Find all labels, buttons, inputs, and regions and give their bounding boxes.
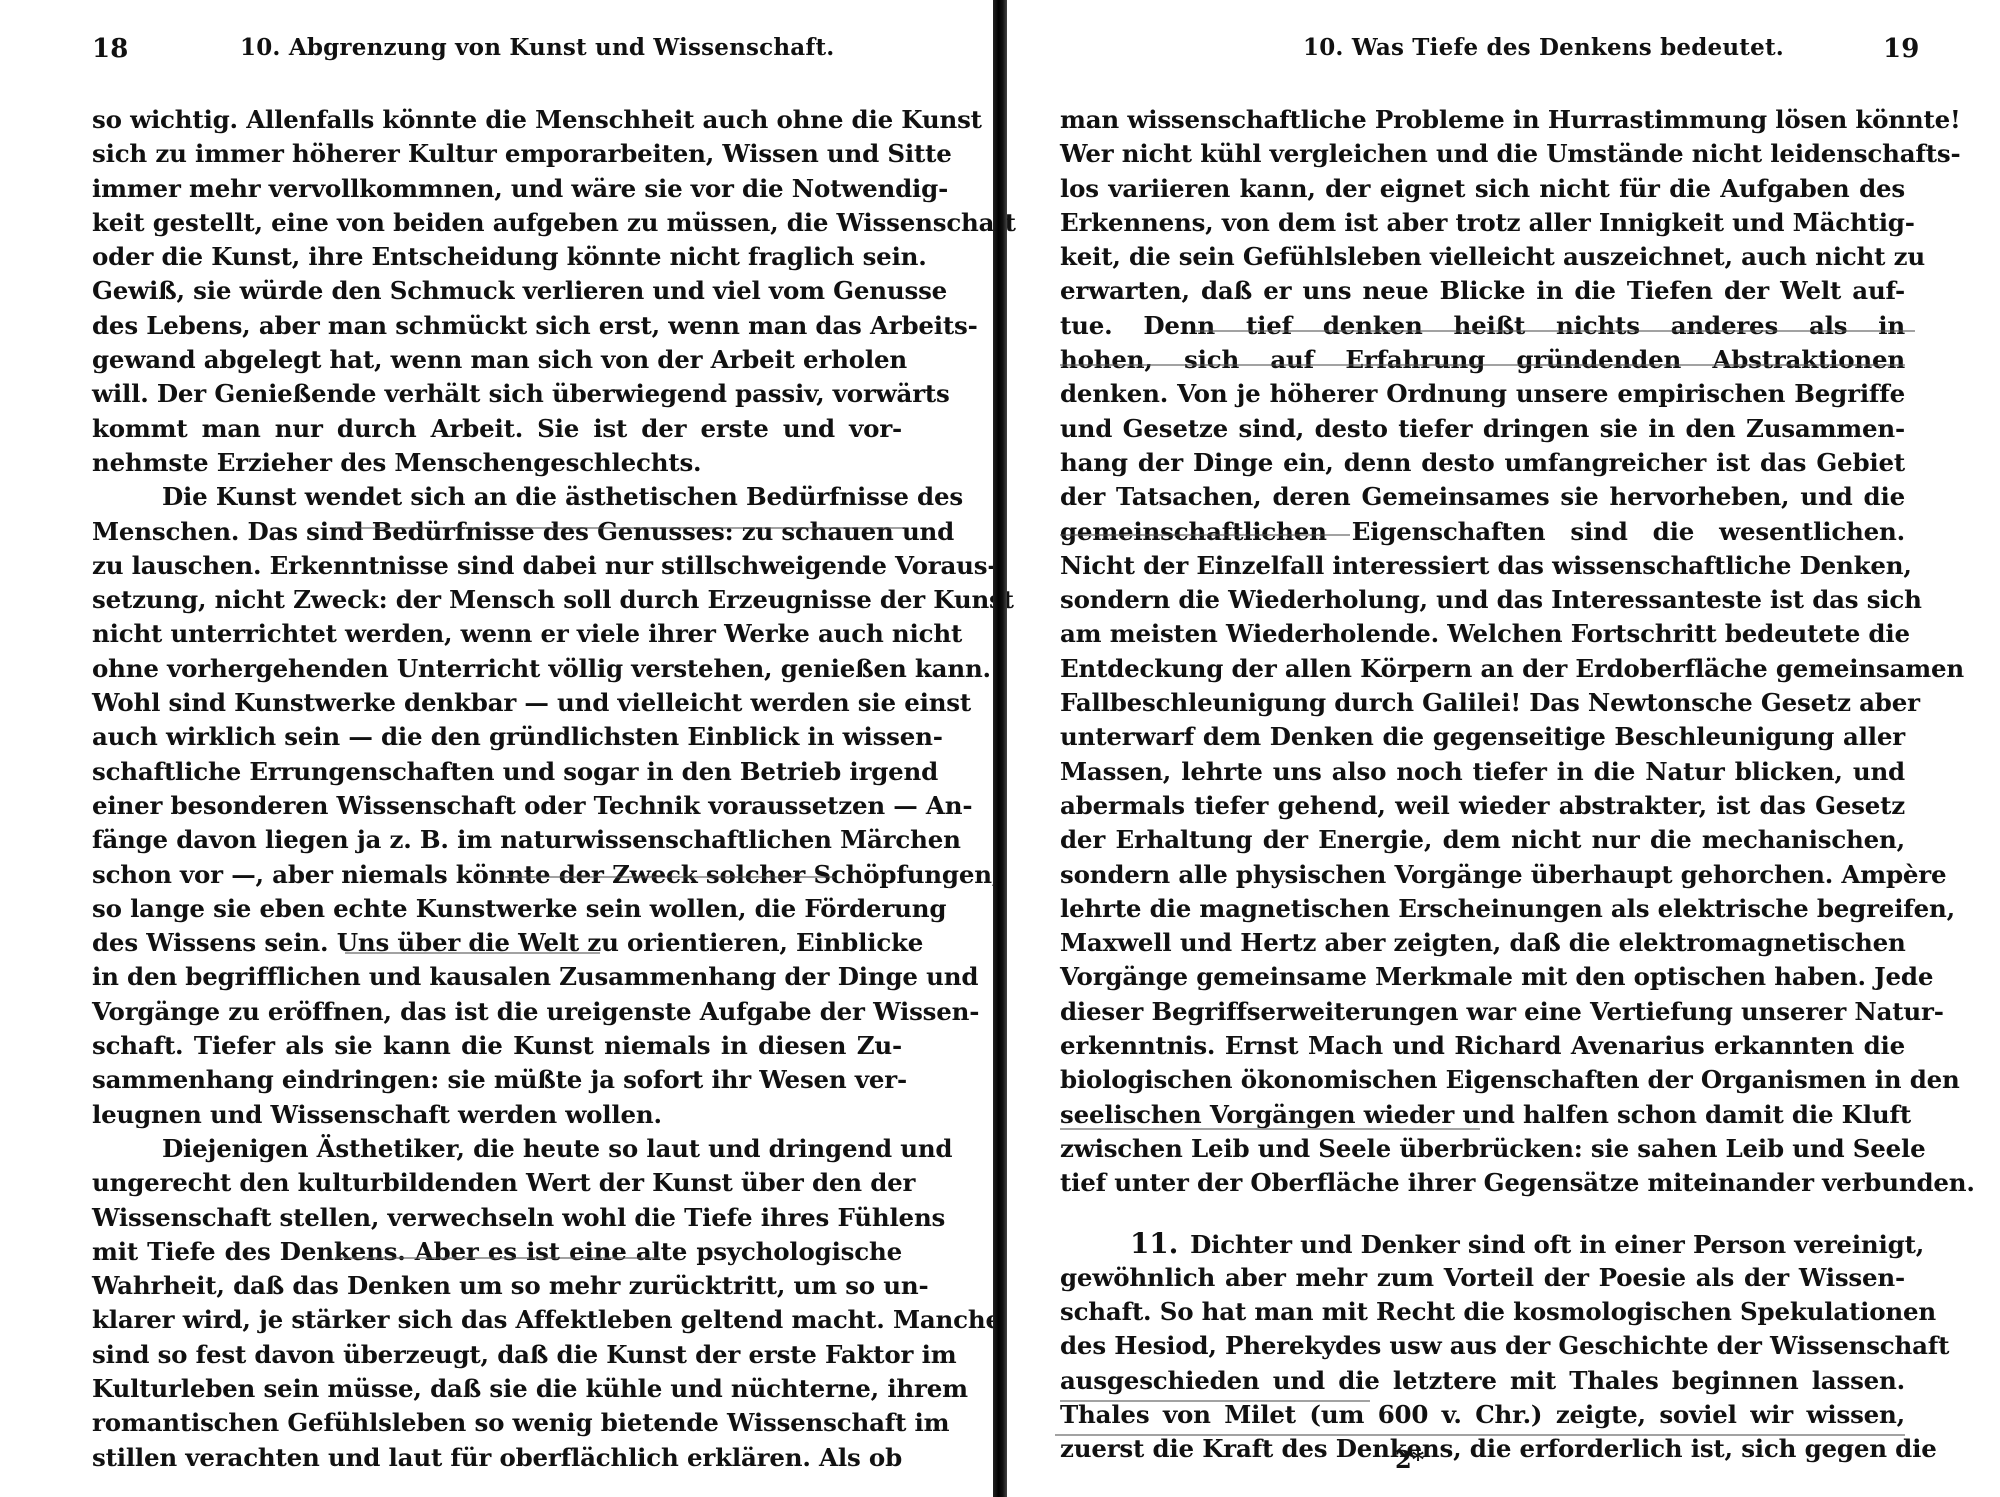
text-line: gewand abgelegt hat, wenn man sich von d… xyxy=(92,343,902,377)
pencil-underline xyxy=(1060,1128,1480,1130)
signature-mark: 2* xyxy=(1395,1445,1424,1474)
text-line: Vorgänge zu eröffnen, das ist die ureige… xyxy=(92,995,902,1029)
text-line: des Lebens, aber man schmückt sich erst,… xyxy=(92,309,902,343)
text-line: sondern alle physischen Vorgänge überhau… xyxy=(1060,858,1905,892)
text-line: Maxwell und Hertz aber zeigten, daß die … xyxy=(1060,926,1905,960)
text-line: nehmste Erzieher des Menschengeschlechts… xyxy=(92,446,902,480)
text-line: hang der Dinge ein, denn desto umfangrei… xyxy=(1060,446,1905,480)
text-line: zwischen Leib und Seele überbrücken: sie… xyxy=(1060,1132,1905,1166)
text-line: des Hesiod, Pherekydes usw aus der Gesch… xyxy=(1060,1329,1905,1363)
body-text: so wichtig. Allenfalls könnte die Mensch… xyxy=(92,103,902,1475)
text-line: immer mehr vervollkommnen, und wäre sie … xyxy=(92,172,902,206)
running-head: 10. Abgrenzung von Kunst und Wissenschaf… xyxy=(240,34,835,61)
running-head: 10. Was Tiefe des Denkens bedeutet. xyxy=(1303,34,1784,61)
text-line: setzung, nicht Zweck: der Mensch soll du… xyxy=(92,583,902,617)
text-line: Menschen. Das sind Bedürfnisse des Genus… xyxy=(92,515,902,549)
text-line: mit Tiefe des Denkens. Aber es ist eine … xyxy=(92,1235,902,1269)
text-line: Thales von Milet (um 600 v. Chr.) zeigte… xyxy=(1060,1398,1905,1432)
text-line: erwarten, daß er uns neue Blicke in die … xyxy=(1060,274,1905,308)
text-line: ungerecht den kulturbildenden Wert der K… xyxy=(92,1166,902,1200)
text-line: los variieren kann, der eignet sich nich… xyxy=(1060,172,1905,206)
section-heading-line: 11.Dichter und Denker sind oft in einer … xyxy=(1060,1227,1905,1261)
text-line: keit gestellt, eine von beiden aufgeben … xyxy=(92,206,902,240)
text-line: Gewiß, sie würde den Schmuck verlieren u… xyxy=(92,274,902,308)
text-line: Vorgänge gemeinsame Merkmale mit den opt… xyxy=(1060,960,1905,994)
text-line: seelischen Vorgängen wieder und halfen s… xyxy=(1060,1098,1905,1132)
text-line: abermals tiefer gehend, weil wieder abst… xyxy=(1060,789,1905,823)
text-line: der Tatsachen, deren Gemeinsames sie her… xyxy=(1060,480,1905,514)
text-line: zu lauschen. Erkenntnisse sind dabei nur… xyxy=(92,549,902,583)
text-line: schaft. Tiefer als sie kann die Kunst ni… xyxy=(92,1029,902,1063)
text-line: Wahrheit, daß das Denken um so mehr zurü… xyxy=(92,1269,902,1303)
text-line: Entdeckung der allen Körpern an der Erdo… xyxy=(1060,652,1905,686)
text-line: fänge davon liegen ja z. B. im naturwiss… xyxy=(92,823,902,857)
text-line: gemeinschaftlichen Eigenschaften sind di… xyxy=(1060,515,1905,549)
body-text: man wissenschaftliche Probleme in Hurras… xyxy=(1060,103,1905,1467)
text-line: Wissenschaft stellen, verwechseln wohl d… xyxy=(92,1201,902,1235)
text-line: zuerst die Kraft des Denkens, die erford… xyxy=(1060,1432,1905,1466)
text-line: stillen verachten und laut für oberfläch… xyxy=(92,1441,902,1475)
text-line: sondern die Wiederholung, und das Intere… xyxy=(1060,583,1905,617)
text-line: Erkennens, von dem ist aber trotz aller … xyxy=(1060,206,1905,240)
text-line: romantischen Gefühlsleben so wenig biete… xyxy=(92,1406,902,1440)
text-line: Diejenigen Ästhetiker, die heute so laut… xyxy=(92,1132,902,1166)
pencil-underline xyxy=(505,876,835,878)
pencil-underline xyxy=(1195,330,1915,332)
text-line: Die Kunst wendet sich an die ästhetische… xyxy=(92,480,902,514)
pencil-underline xyxy=(1060,364,1905,366)
text-line: hohen, sich auf Erfahrung gründenden Abs… xyxy=(1060,343,1905,377)
text-line: so lange sie eben echte Kunstwerke sein … xyxy=(92,892,902,926)
text-line: am meisten Wiederholende. Welchen Fortsc… xyxy=(1060,617,1905,651)
left-page: 18 10. Abgrenzung von Kunst und Wissensc… xyxy=(0,0,990,1497)
text-line: Kulturleben sein müsse, daß sie die kühl… xyxy=(92,1372,902,1406)
right-page: 10. Was Tiefe des Denkens bedeutet. 19 m… xyxy=(1000,0,2000,1497)
text-line: schon vor —, aber niemals könnte der Zwe… xyxy=(92,858,902,892)
text-line: denken. Von je höherer Ordnung unsere em… xyxy=(1060,377,1905,411)
text-line: Nicht der Einzelfall interessiert das wi… xyxy=(1060,549,1905,583)
text-line: kommt man nur durch Arbeit. Sie ist der … xyxy=(92,412,902,446)
text-line: ausgeschieden und die letztere mit Thale… xyxy=(1060,1364,1905,1398)
pencil-underline xyxy=(1060,1400,1370,1402)
text-line: in den begrifflichen und kausalen Zusamm… xyxy=(92,960,902,994)
pencil-underline xyxy=(335,527,905,529)
text-line: des Wissens sein. Uns über die Welt zu o… xyxy=(92,926,902,960)
text-line: sind so fest davon überzeugt, daß die Ku… xyxy=(92,1338,902,1372)
pencil-underline xyxy=(1060,534,1350,536)
text-line: Dichter und Denker sind oft in einer Per… xyxy=(1190,1230,1924,1259)
text-line: einer besonderen Wissenschaft oder Techn… xyxy=(92,789,902,823)
pencil-underline xyxy=(335,1257,660,1259)
section-number: 11. xyxy=(1130,1227,1178,1260)
text-line: tief unter der Oberfläche ihrer Gegensät… xyxy=(1060,1166,1905,1200)
text-line: man wissenschaftliche Probleme in Hurras… xyxy=(1060,103,1905,137)
text-line: Massen, lehrte uns also noch tiefer in d… xyxy=(1060,755,1905,789)
text-line: und Gesetze sind, desto tiefer dringen s… xyxy=(1060,412,1905,446)
text-line: gewöhnlich aber mehr zum Vorteil der Poe… xyxy=(1060,1261,1905,1295)
text-line: Fallbeschleunigung durch Galilei! Das Ne… xyxy=(1060,686,1905,720)
text-line: Wohl sind Kunstwerke denkbar — und viell… xyxy=(92,686,902,720)
text-line: auch wirklich sein — die den gründlichst… xyxy=(92,720,902,754)
text-line: schaft. So hat man mit Recht die kosmolo… xyxy=(1060,1295,1905,1329)
text-line: schaftliche Errungenschaften und sogar i… xyxy=(92,755,902,789)
pencil-underline xyxy=(345,952,600,954)
text-line: erkenntnis. Ernst Mach und Richard Avena… xyxy=(1060,1029,1905,1063)
text-line: will. Der Genießende verhält sich überwi… xyxy=(92,377,902,411)
page-number: 18 xyxy=(92,34,129,64)
text-line: oder die Kunst, ihre Entscheidung könnte… xyxy=(92,240,902,274)
text-line: lehrte die magnetischen Erscheinungen al… xyxy=(1060,892,1905,926)
text-line: leugnen und Wissenschaft werden wollen. xyxy=(92,1098,902,1132)
text-line: der Erhaltung der Energie, dem nicht nur… xyxy=(1060,823,1905,857)
pencil-underline xyxy=(1055,1434,1905,1436)
text-line: Wer nicht kühl vergleichen und die Umstä… xyxy=(1060,137,1905,171)
text-line: ohne vorhergehenden Unterricht völlig ve… xyxy=(92,652,902,686)
text-line: unterwarf dem Denken die gegenseitige Be… xyxy=(1060,720,1905,754)
text-line: klarer wird, je stärker sich das Affektl… xyxy=(92,1303,902,1337)
page-number: 19 xyxy=(1883,34,1920,64)
text-line: sich zu immer höherer Kultur emporarbeit… xyxy=(92,137,902,171)
text-line: dieser Begriffserweiterungen war eine Ve… xyxy=(1060,995,1905,1029)
text-line: so wichtig. Allenfalls könnte die Mensch… xyxy=(92,103,902,137)
text-line: keit, die sein Gefühlsleben vielleicht a… xyxy=(1060,240,1905,274)
text-line: tue. Denn tief denken heißt nichts ander… xyxy=(1060,309,1905,343)
text-line: biologischen ökonomischen Eigenschaften … xyxy=(1060,1063,1905,1097)
text-line: sammenhang eindringen: sie müßte ja sofo… xyxy=(92,1063,902,1097)
text-line: nicht unterrichtet werden, wenn er viele… xyxy=(92,617,902,651)
